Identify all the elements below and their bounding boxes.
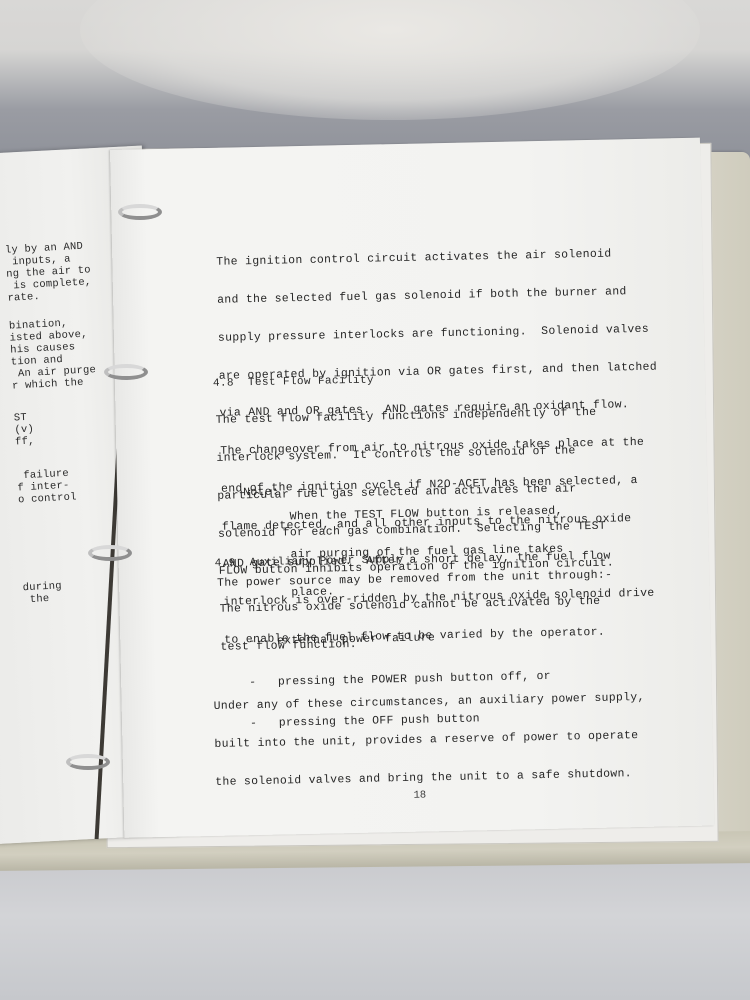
binder-ring-icon[interactable] (118, 204, 162, 220)
table-surface (0, 860, 750, 1000)
left-text: r which the (12, 377, 84, 393)
section-title: Auxiliary Power Supply (250, 554, 404, 569)
left-text: (v) (14, 424, 34, 437)
text-line: supply pressure interlocks are functioni… (218, 323, 656, 345)
text-line: interlock system. It controls the soleno… (216, 445, 611, 466)
section-number: 4.8 (213, 377, 234, 389)
bullet-item: - external power failure (248, 630, 550, 649)
left-text: rate. (7, 291, 40, 305)
left-text: ff, (15, 435, 35, 448)
text-line: The ignition control circuit activates t… (216, 248, 654, 270)
text-line: and the selected fuel gas solenoid if bo… (217, 286, 655, 308)
binder-ring-icon[interactable] (88, 545, 132, 561)
text-line: The test flow facility functions indepen… (216, 407, 611, 428)
binder-ring-icon[interactable] (104, 364, 148, 380)
text-line: When the TEST FLOW button is released, (290, 506, 563, 524)
closing-paragraph: Under any of these circumstances, an aux… (213, 667, 647, 815)
dash-icon: - (248, 636, 255, 648)
left-text: o control (18, 491, 77, 506)
note-label: Note: (243, 487, 279, 500)
text-line: Under any of these circumstances, an aux… (214, 692, 645, 714)
text-line: built into the unit, provides a reserve … (214, 730, 645, 752)
light-reflection (80, 0, 700, 120)
left-text: ST (14, 412, 28, 425)
left-text: during (22, 580, 62, 594)
page-number: 18 (413, 790, 426, 802)
document-page: The ignition control circuit activates t… (110, 138, 714, 838)
bullet-text: external power failure (277, 632, 435, 647)
section-number: 4.9 (215, 557, 236, 569)
left-text: the (23, 593, 50, 606)
binder-ring-icon[interactable] (66, 754, 110, 770)
text-line: the solenoid valves and bring the unit t… (215, 768, 646, 790)
